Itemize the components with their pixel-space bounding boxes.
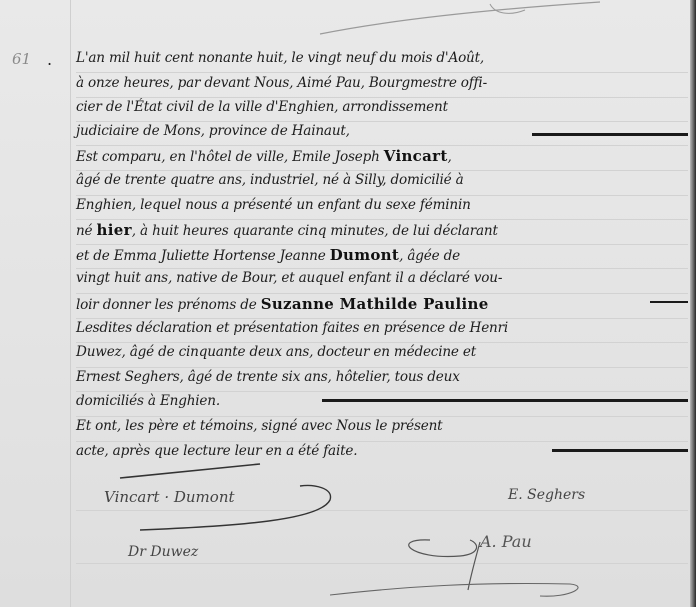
child-given-names: Suzanne Mathilde Pauline	[261, 295, 489, 313]
signature-father-mother: Vincart · Dumont	[104, 488, 235, 506]
line-9-post: , âgée de	[399, 248, 460, 264]
civil-registry-page: 61 . L'an mil huit cent nonante huit, le…	[0, 0, 696, 607]
act-number-dot: .	[47, 50, 52, 69]
line-8-post: , à huit heures quarante cinq minutes, d…	[132, 223, 498, 239]
ruled-line	[76, 367, 688, 368]
line-9-pre: et de Emma Juliette Hortense Jeanne	[76, 248, 330, 264]
father-surname: Vincart	[384, 147, 448, 165]
record-line-5: Est comparu, en l'hôtel de ville, Emile …	[76, 147, 686, 165]
signature-officer: A. Pau	[480, 532, 532, 551]
ruled-line	[76, 391, 688, 392]
ruled-line	[76, 219, 688, 220]
line-5-pre: Est comparu, en l'hôtel de ville, Emile …	[76, 149, 384, 165]
ruled-line	[76, 416, 688, 417]
line-11-pre: loir donner les prénoms de	[76, 297, 261, 313]
margin-line	[70, 0, 71, 607]
mother-surname: Dumont	[330, 246, 399, 264]
record-line-16: Et ont, les père et témoins, signé avec …	[76, 418, 686, 434]
record-line-3: cier de l'État civil de la ville d'Enghi…	[76, 99, 686, 115]
record-line-6: âgé de trente quatre ans, industriel, né…	[76, 172, 686, 188]
birth-day: hier	[97, 221, 132, 239]
ruled-line	[76, 145, 688, 146]
page-binding-edge	[690, 0, 696, 607]
record-line-9: et de Emma Juliette Hortense Jeanne Dumo…	[76, 246, 686, 264]
fill-bar	[532, 133, 688, 136]
fill-bar	[650, 301, 688, 303]
previous-entry-flourish	[310, 0, 610, 40]
ruled-line	[76, 342, 688, 343]
fill-bar	[322, 399, 688, 402]
ruled-line	[76, 244, 688, 245]
ruled-line	[76, 195, 688, 196]
ruled-line	[76, 97, 688, 98]
ruled-line	[76, 293, 688, 294]
record-line-4: judiciaire de Mons, province de Hainaut,	[76, 123, 686, 139]
act-number: 61	[12, 50, 31, 68]
ruled-line	[76, 441, 688, 442]
signature-witness-seghers: E. Seghers	[508, 487, 585, 503]
ruled-line	[76, 121, 688, 122]
fill-bar	[552, 449, 688, 452]
record-line-13: Duwez, âgé de cinquante deux ans, docteu…	[76, 344, 686, 360]
record-line-14: Ernest Seghers, âgé de trente six ans, h…	[76, 369, 686, 385]
record-line-2: à onze heures, par devant Nous, Aimé Pau…	[76, 75, 686, 91]
record-line-11: loir donner les prénoms de Suzanne Mathi…	[76, 295, 686, 313]
record-line-1: L'an mil huit cent nonante huit, le ving…	[76, 50, 686, 66]
ruled-line	[76, 318, 688, 319]
line-8-pre: né	[76, 223, 97, 239]
ruled-line	[76, 268, 688, 269]
ruled-line	[76, 170, 688, 171]
line-5-post: ,	[448, 149, 452, 165]
record-line-7: Enghien, lequel nous a présenté un enfan…	[76, 197, 686, 213]
record-line-8: né hier, à huit heures quarante cinq min…	[76, 221, 686, 239]
record-line-10: vingt huit ans, native de Bour, et auque…	[76, 270, 686, 286]
signature-witness-duwez: Dr Duwez	[128, 544, 198, 560]
ruled-line	[76, 72, 688, 73]
record-line-12: Lesdites déclaration et présentation fai…	[76, 320, 686, 336]
